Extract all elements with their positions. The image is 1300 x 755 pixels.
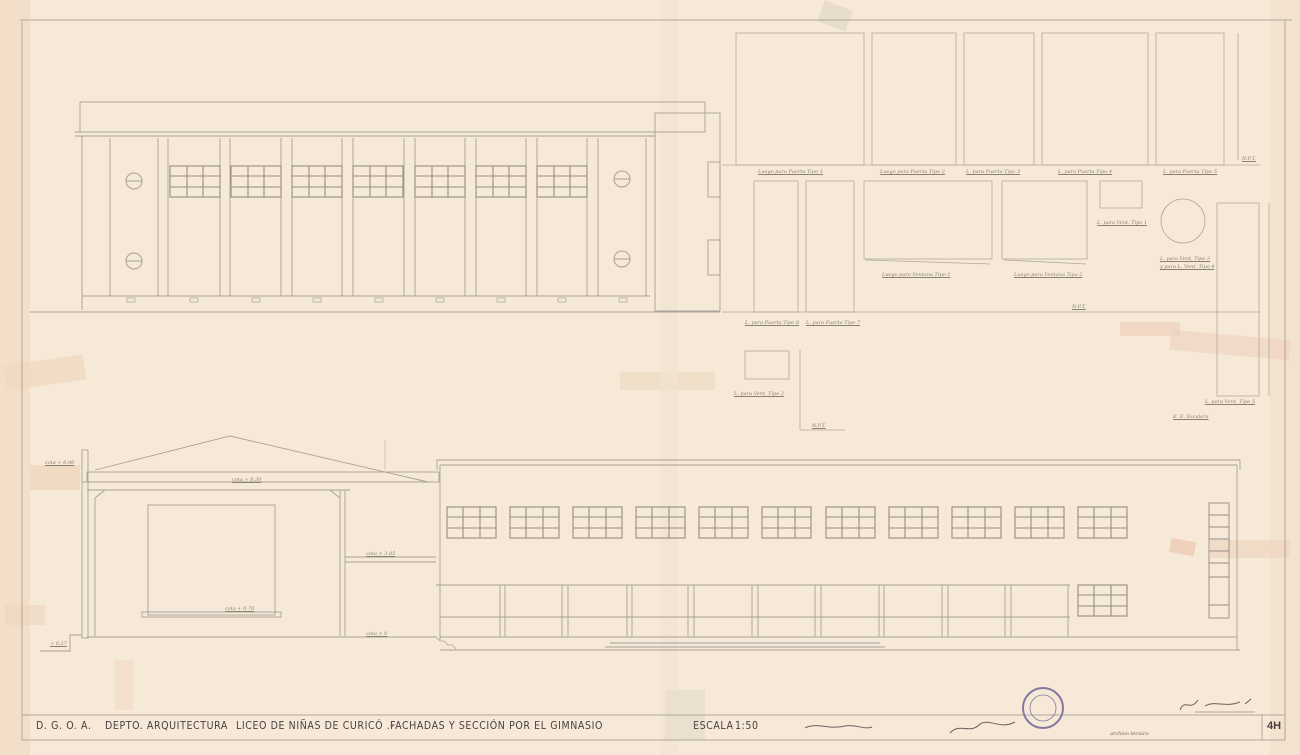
level-top-left: cota + 8.96 bbox=[45, 460, 74, 466]
label-window-1: Luego para Ventana Tipo 1 bbox=[882, 272, 950, 278]
department-name: DEPTO. ARQUITECTURA bbox=[105, 720, 228, 732]
level-floor: cota + 0 bbox=[366, 631, 387, 637]
level-left: + 0.27 bbox=[50, 641, 67, 647]
label-vent-1: L. para Vent. Tipo 1 bbox=[1097, 220, 1147, 226]
label-window-2: Luego para Ventana Tipo 2 bbox=[1014, 272, 1082, 278]
label-npt-3: N.P.T. bbox=[812, 423, 826, 429]
label-npt-2: N.P.T. bbox=[1072, 304, 1086, 310]
label-door-7: L. para Puerta Tipo 7 bbox=[806, 320, 860, 326]
label-door-5: L. para Puerta Tipo 5 bbox=[1163, 169, 1217, 175]
label-npt-1: N.P.T. bbox=[1242, 156, 1256, 162]
level-roof: cota + 8.30 bbox=[232, 477, 261, 483]
label-door-6: L. para Puerta Tipo 6 bbox=[745, 320, 799, 326]
label-door-2: Luego para Puerta Tipo 2 bbox=[880, 169, 945, 175]
drawing-title: FACHADAS Y SECCIÓN POR EL GIMNASIO bbox=[390, 720, 603, 732]
scale-label: ESCALA bbox=[693, 720, 734, 732]
label-vent-round-2: y para L. Vent. Tipo 4 bbox=[1160, 264, 1215, 270]
label-vent-round: L. para Vent. Tipo 3 bbox=[1160, 256, 1210, 262]
drawing-sheet: D. G. O. A. DEPTO. ARQUITECTURA LICEO DE… bbox=[0, 0, 1300, 755]
level-mid: cota + 3.85 bbox=[366, 551, 395, 557]
sheet-number: 4H bbox=[1267, 720, 1281, 732]
label-door-4: L. para Puerta Tipo 4 bbox=[1058, 169, 1112, 175]
office-code: D. G. O. A. bbox=[36, 720, 91, 732]
level-stage: cota + 0.70 bbox=[225, 606, 254, 612]
label-vent-tall: L. para Vent. Tipo 5 bbox=[1205, 399, 1255, 405]
project-name: LICEO DE NIÑAS DE CURICÓ .- bbox=[236, 720, 394, 732]
label-stair: E. E. Escalera bbox=[1173, 414, 1209, 420]
blueprint-drawing bbox=[0, 0, 1300, 755]
archive-note: archivo técnico bbox=[1110, 731, 1149, 737]
label-door-3: L. para Puerta Tipo 3 bbox=[966, 169, 1020, 175]
label-door-1: Luego para Puerta Tipo 1 bbox=[758, 169, 823, 175]
label-vent-2: L. para Vent. Tipo 2 bbox=[734, 391, 784, 397]
scale-value: 1:50 bbox=[735, 720, 759, 732]
